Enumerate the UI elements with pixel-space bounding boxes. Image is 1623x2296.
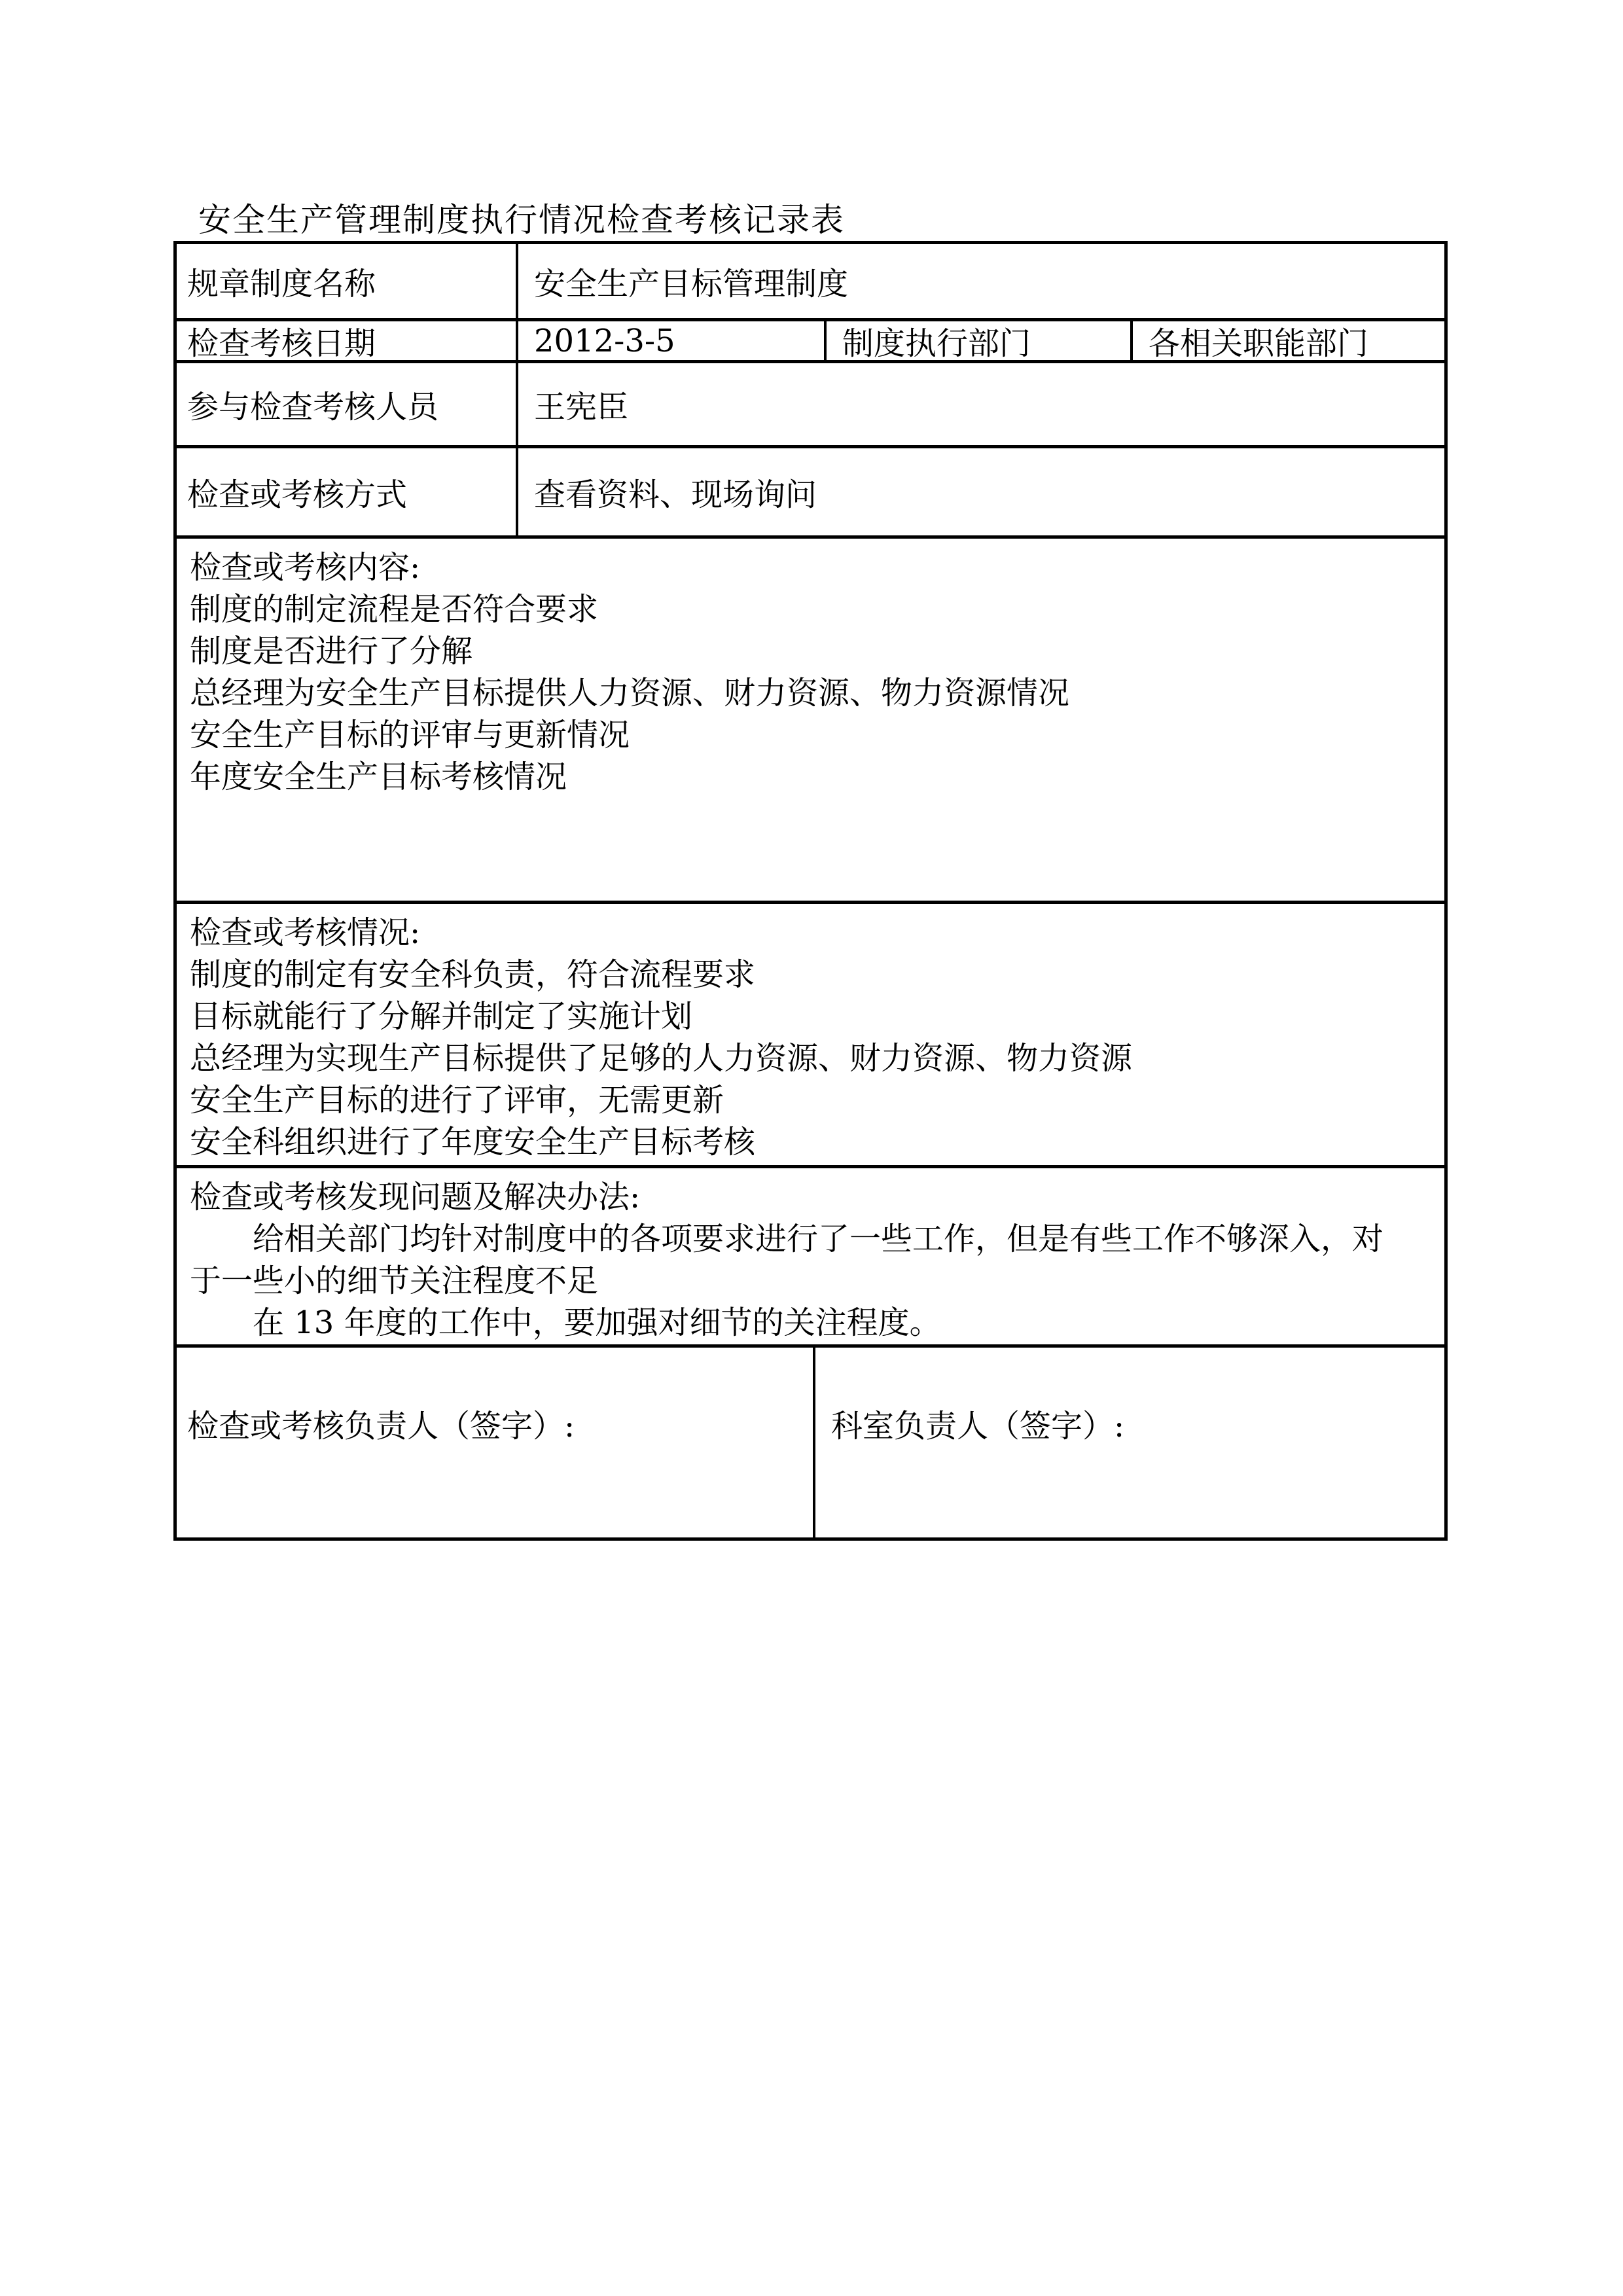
problems-line: 给相关部门均针对制度中的各项要求进行了一些工作，但是有些工作不够深入，对 bbox=[190, 1218, 1431, 1260]
situation-line: 目标就能行了分解并制定了实施计划 bbox=[190, 996, 1431, 1037]
record-table: 规章制度名称 安全生产目标管理制度 检查考核日期 2012-3-5 制度执行部门… bbox=[173, 241, 1448, 1541]
content-heading: 检查或考核内容: bbox=[190, 547, 1431, 588]
situation-line: 制度的制定有安全科负责，符合流程要求 bbox=[190, 954, 1431, 996]
department-signature-cell: 科室负责人（签字）: bbox=[815, 1348, 1444, 1537]
check-date-row: 检查考核日期 2012-3-5 制度执行部门 各相关职能部门 bbox=[177, 321, 1444, 363]
document-page: 安全生产管理制度执行情况检查考核记录表 规章制度名称 安全生产目标管理制度 检查… bbox=[0, 0, 1623, 2296]
method-value: 查看资料、现场询问 bbox=[518, 448, 1444, 535]
check-date-value: 2012-3-5 bbox=[518, 321, 827, 360]
problems-line: 于一些小的细节关注程度不足 bbox=[190, 1260, 1431, 1302]
problems-row: 检查或考核发现问题及解决办法: 给相关部门均针对制度中的各项要求进行了一些工作，… bbox=[177, 1168, 1444, 1348]
rule-name-value: 安全生产目标管理制度 bbox=[518, 244, 1444, 318]
problems-heading: 检查或考核发现问题及解决办法: bbox=[190, 1176, 1431, 1218]
rule-name-label: 规章制度名称 bbox=[177, 244, 518, 318]
situation-heading: 检查或考核情况: bbox=[190, 912, 1431, 954]
situation-line: 安全科组织进行了年度安全生产目标考核 bbox=[190, 1121, 1431, 1163]
inspector-signature-cell: 检查或考核负责人（签字）: bbox=[177, 1348, 815, 1537]
situation-cell: 检查或考核情况: 制度的制定有安全科负责，符合流程要求 目标就能行了分解并制定了… bbox=[177, 904, 1444, 1165]
signature-row: 检查或考核负责人（签字）: 科室负责人（签字）: bbox=[177, 1348, 1444, 1537]
situation-line: 安全生产目标的进行了评审，无需更新 bbox=[190, 1079, 1431, 1121]
participants-label: 参与检查考核人员 bbox=[177, 363, 518, 445]
check-date-label: 检查考核日期 bbox=[177, 321, 518, 360]
situation-row: 检查或考核情况: 制度的制定有安全科负责，符合流程要求 目标就能行了分解并制定了… bbox=[177, 904, 1444, 1168]
problems-line: 在 13 年度的工作中，要加强对细节的关注程度。 bbox=[190, 1302, 1431, 1344]
content-line: 年度安全生产目标考核情况 bbox=[190, 756, 1431, 798]
exec-dept-value: 各相关职能部门 bbox=[1133, 321, 1444, 360]
problems-cell: 检查或考核发现问题及解决办法: 给相关部门均针对制度中的各项要求进行了一些工作，… bbox=[177, 1168, 1444, 1344]
situation-line: 总经理为实现生产目标提供了足够的人力资源、财力资源、物力资源 bbox=[190, 1037, 1431, 1079]
content-line: 安全生产目标的评审与更新情况 bbox=[190, 714, 1431, 756]
content-cell: 检查或考核内容: 制度的制定流程是否符合要求 制度是否进行了分解 总经理为安全生… bbox=[177, 539, 1444, 901]
method-label: 检查或考核方式 bbox=[177, 448, 518, 535]
exec-dept-label: 制度执行部门 bbox=[827, 321, 1133, 360]
participants-value: 王宪臣 bbox=[518, 363, 1444, 445]
content-line: 制度是否进行了分解 bbox=[190, 630, 1431, 672]
method-row: 检查或考核方式 查看资料、现场询问 bbox=[177, 448, 1444, 539]
document-title: 安全生产管理制度执行情况检查考核记录表 bbox=[198, 194, 845, 241]
content-row: 检查或考核内容: 制度的制定流程是否符合要求 制度是否进行了分解 总经理为安全生… bbox=[177, 539, 1444, 904]
participants-row: 参与检查考核人员 王宪臣 bbox=[177, 363, 1444, 448]
content-line: 总经理为安全生产目标提供人力资源、财力资源、物力资源情况 bbox=[190, 672, 1431, 714]
content-line: 制度的制定流程是否符合要求 bbox=[190, 588, 1431, 630]
rule-name-row: 规章制度名称 安全生产目标管理制度 bbox=[177, 244, 1444, 321]
